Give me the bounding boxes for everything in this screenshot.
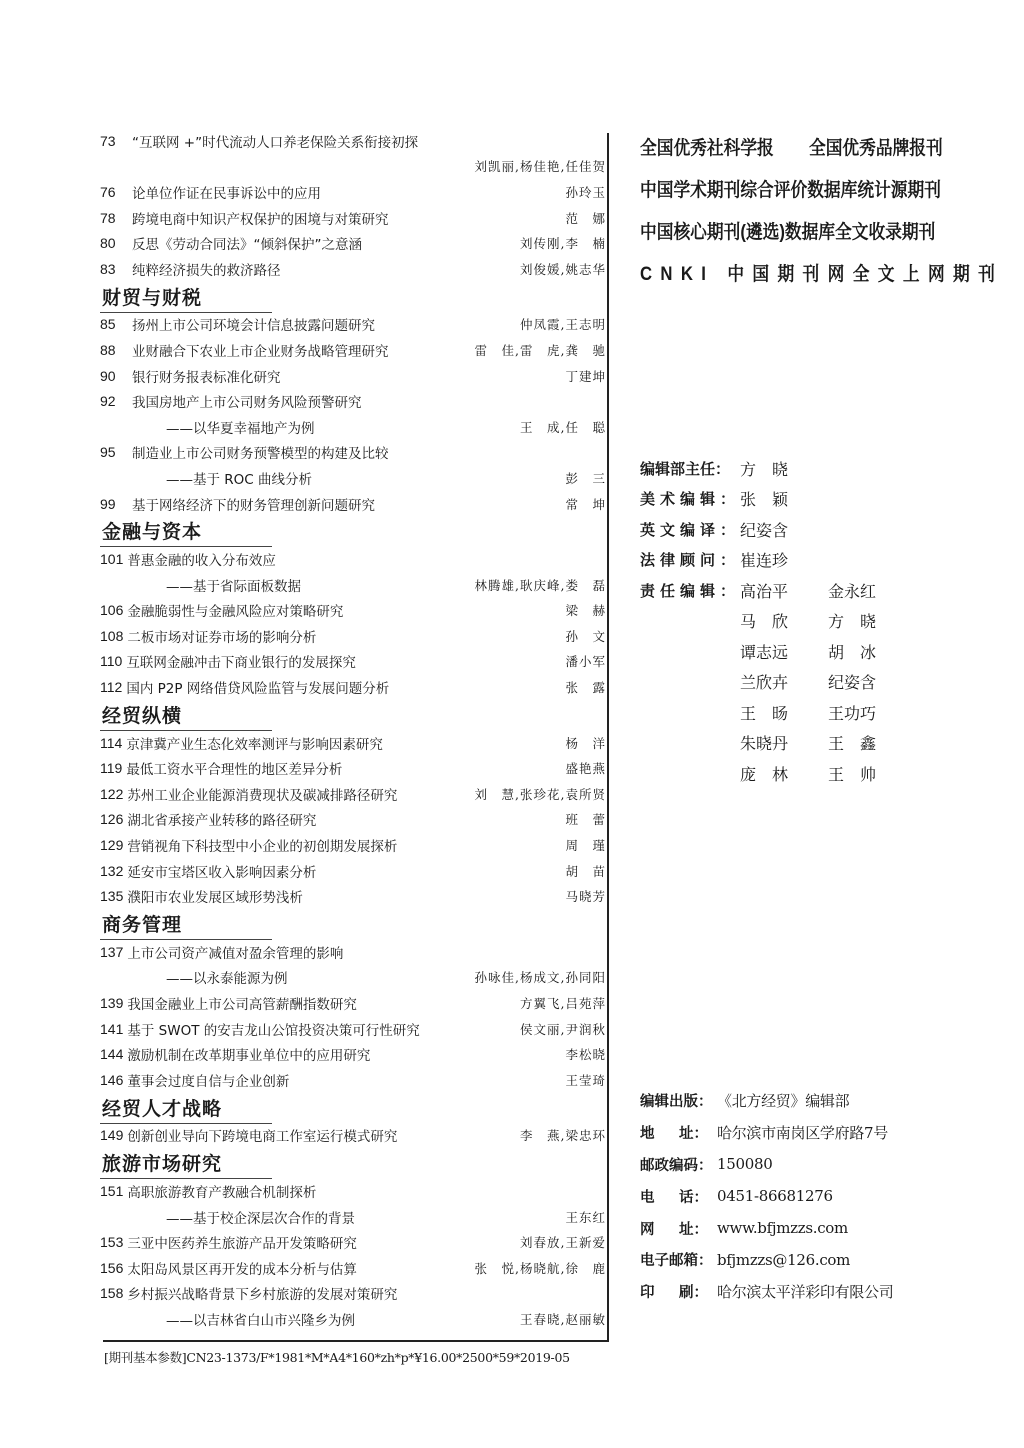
label-char: 网: [640, 1218, 655, 1239]
article-authors: 孙咏佳,杨成文,孙同阳: [475, 968, 608, 986]
publisher-value: 哈尔滨太平洋彩印有限公司: [717, 1281, 893, 1302]
toc-item[interactable]: 141基于 SWOT 的安吉龙山公馆投资决策可行性研究侯文丽,尹润秋: [100, 1016, 608, 1042]
article-title: 银行财务报表标准化研究: [132, 366, 565, 386]
toc-item[interactable]: 112国内 P2P 网络借贷风险监管与发展问题分析张 露: [100, 674, 608, 700]
staff-label: 英文编译：: [640, 519, 740, 540]
article-title: 扬州上市公司环境会计信息披露问题研究: [132, 314, 520, 334]
article-authors: 王东红: [565, 1208, 608, 1226]
page-number: 92: [100, 393, 132, 409]
staff-block: 编辑部主任： 方 晓 美术编辑： 张 颖 英文编译： 纪姿含 法律顾问： 崔连珍…: [640, 453, 896, 789]
honor-social-science: 全国优秀社科学报: [640, 132, 774, 174]
article-authors: 范 娜: [565, 209, 608, 227]
toc-item[interactable]: 129营销视角下科技型中小企业的初创期发展探析周 瑾: [100, 832, 608, 858]
page-number: 119: [100, 760, 122, 776]
article-subtitle: ——以华夏幸福地产为例: [100, 417, 520, 437]
staff-label: 编辑部主任：: [640, 458, 740, 479]
page-number: 141: [100, 1021, 123, 1037]
article-title: 跨境电商中知识产权保护的困境与对策研究: [132, 208, 565, 228]
article-title: 基于网络经济下的财务管理创新问题研究: [132, 494, 565, 514]
editor-name: 金永红: [828, 579, 896, 602]
publisher-value: www.bfjmzzs.com: [717, 1219, 848, 1237]
article-title: 最低工资水平合理性的地区差异分析: [126, 758, 565, 778]
article-title: 董事会过度自信与企业创新: [127, 1070, 565, 1090]
article-title: 湖北省承接产业转移的路径研究: [127, 809, 565, 829]
page-number: 139: [100, 995, 123, 1011]
toc-item[interactable]: 156太阳岛风景区再开发的成本分析与估算张 悦,杨晓航,徐 鹿: [100, 1255, 608, 1281]
article-title: 营销视角下科技型中小企业的初创期发展探析: [127, 835, 565, 855]
article-authors: 刘 慧,张珍花,袁所贤: [475, 785, 608, 803]
article-title: 二板市场对证券市场的影响分析: [127, 626, 565, 646]
article-authors: 杨 洋: [565, 734, 608, 752]
article-title: 太阳岛风景区再开发的成本分析与估算: [127, 1258, 474, 1278]
section-heading: 金融与资本: [100, 518, 608, 546]
editor-pair: 兰欣卉纪姿含: [740, 670, 896, 693]
page-number: 144: [100, 1046, 123, 1062]
toc-item[interactable]: 153三亚中医药养生旅游产品开发策略研究刘春放,王新爱: [100, 1229, 608, 1255]
publisher-info: 编辑出版：《北方经贸》编辑部地址：哈尔滨市南岗区学府路7号邮政编码：150080…: [640, 1085, 893, 1308]
toc-item[interactable]: 151高职旅游教育产教融合机制探析: [100, 1178, 608, 1204]
editor-name: 方 晓: [828, 609, 896, 632]
staff-editors-row: 庞 林王 帅: [640, 758, 896, 789]
publisher-label: 网址：: [640, 1218, 708, 1239]
table-of-contents: 73“互联网 +”时代流动人口养老保险关系衔接初探刘凯丽,杨佳艳,任佳贺76论单…: [100, 128, 608, 1332]
toc-item[interactable]: 146董事会过度自信与企业创新王莹琦: [100, 1067, 608, 1093]
staff-director: 编辑部主任： 方 晓: [640, 453, 896, 484]
page-number: 76: [100, 184, 132, 200]
publisher-label: 印刷：: [640, 1281, 708, 1302]
publisher-value: 《北方经贸》编辑部: [717, 1090, 849, 1111]
publisher-row: 地址：哈尔滨市南岗区学府路7号: [640, 1117, 893, 1149]
article-authors: 王春晓,赵丽敏: [520, 1310, 608, 1328]
honors-block: 全国优秀社科学报 全国优秀品牌报刊 中国学术期刊综合评价数据库统计源期刊 中国核…: [640, 132, 940, 300]
toc-item[interactable]: 144激励机制在改革期事业单位中的应用研究李松晓: [100, 1041, 608, 1067]
article-title: 濮阳市农业发展区域形势浅析: [127, 886, 565, 906]
staff-value: 张 颖: [740, 487, 788, 510]
page-number: 156: [100, 1260, 123, 1276]
journal-params: [期刊基本参数]CN23-1373/F*1981*M*A4*160*zh*p*¥…: [104, 1348, 624, 1366]
publisher-row: 网址：www.bfjmzzs.com: [640, 1212, 893, 1244]
article-title: 乡村振兴战略背景下乡村旅游的发展对策研究: [127, 1283, 608, 1303]
editor-name: 马 欣: [740, 609, 808, 632]
section-heading: 经贸纵横: [100, 702, 608, 730]
publisher-value: bfjmzzs@126.com: [717, 1251, 850, 1269]
editor-name: 王 帅: [828, 762, 896, 785]
section-heading: 财贸与财税: [100, 284, 608, 312]
article-title: 激励机制在改革期事业单位中的应用研究: [127, 1044, 565, 1064]
article-authors: 孙 文: [565, 627, 608, 645]
staff-editors-row: 谭志远胡 冰: [640, 636, 896, 667]
article-authors: 李 燕,梁忠环: [520, 1126, 608, 1144]
toc-item[interactable]: 135濮阳市农业发展区域形势浅析马晓芳: [100, 883, 608, 909]
article-title: 论单位作证在民事诉讼中的应用: [132, 182, 565, 202]
article-authors: 彭 三: [565, 469, 608, 487]
section-heading: 商务管理: [100, 911, 608, 939]
label-char: 址：: [679, 1122, 708, 1143]
page-number: 95: [100, 444, 132, 460]
article-authors: 刘凯丽,杨佳艳,任佳贺: [475, 157, 608, 175]
editor-pair: 谭志远胡 冰: [740, 640, 896, 663]
publisher-row: 电话：0451-86681276: [640, 1180, 893, 1212]
section-heading: 经贸人才战略: [100, 1095, 608, 1123]
article-title: 基于 SWOT 的安吉龙山公馆投资决策可行性研究: [127, 1019, 520, 1039]
publisher-row: 电子邮箱：bfjmzzs@126.com: [640, 1244, 893, 1276]
toc-item[interactable]: 139我国金融业上市公司高管薪酬指数研究方翼飞,吕苑萍: [100, 990, 608, 1016]
editor-name: 王 鑫: [828, 731, 896, 754]
editor-name: 庞 林: [740, 762, 808, 785]
page-number: 151: [100, 1183, 123, 1199]
editor-pair: 朱晓丹王 鑫: [740, 731, 896, 754]
article-authors: 雷 佳,雷 虎,龚 驰: [475, 341, 608, 359]
toc-item[interactable]: 122苏州工业企业能源消费现状及碳减排路径研究刘 慧,张珍花,袁所贤: [100, 781, 608, 807]
page-number: 146: [100, 1072, 123, 1088]
article-authors: 常 坤: [565, 495, 608, 513]
label-char: 地: [640, 1122, 655, 1143]
page-number: 149: [100, 1127, 123, 1143]
label-char: 刷：: [679, 1281, 708, 1302]
editor-name: 王功巧: [828, 701, 896, 724]
editor-pair: 马 欣方 晓: [740, 609, 896, 632]
editor-name: 胡 冰: [828, 640, 896, 663]
page-number: 122: [100, 786, 123, 802]
toc-item[interactable]: 158乡村振兴战略背景下乡村旅游的发展对策研究: [100, 1281, 608, 1307]
toc-item[interactable]: 149创新创业导向下跨境电商工作室运行模式研究李 燕,梁忠环: [100, 1123, 608, 1149]
page-number: 99: [100, 496, 132, 512]
publisher-row: 编辑出版：《北方经贸》编辑部: [640, 1085, 893, 1117]
article-title: 京津冀产业生态化效率测评与影响因素研究: [126, 733, 565, 753]
publisher-label: 地址：: [640, 1122, 708, 1143]
article-authors: 刘传刚,李 楠: [520, 234, 608, 252]
article-title: 互联网金融冲击下商业银行的发展探究: [126, 651, 565, 671]
publisher-label: 编辑出版：: [640, 1090, 717, 1111]
honor-line-4: CNKI 中国期刊网全文上网期刊: [640, 258, 930, 300]
article-title: 业财融合下农业上市企业财务战略管理研究: [132, 340, 475, 360]
column-divider: [607, 133, 609, 1341]
page-number: 135: [100, 888, 123, 904]
page-number: 90: [100, 368, 132, 384]
article-title: 延安市宝塔区收入影响因素分析: [127, 861, 565, 881]
page-number: 153: [100, 1234, 123, 1250]
publisher-value: 哈尔滨市南岗区学府路7号: [717, 1122, 888, 1143]
article-title: 上市公司资产减值对盈余管理的影响: [127, 942, 608, 962]
toc-item[interactable]: 108二板市场对证券市场的影响分析孙 文: [100, 623, 608, 649]
page-number: 110: [100, 653, 122, 669]
staff-value: 纪姿含: [740, 518, 788, 541]
article-title: 高职旅游教育产教融合机制探析: [127, 1181, 608, 1201]
publisher-label: 电子邮箱：: [640, 1249, 717, 1270]
article-authors: 侯文丽,尹润秋: [520, 1020, 608, 1038]
honor-line-3: 中国核心期刊(遴选)数据库全文收录期刊: [640, 216, 930, 258]
toc-item[interactable]: 88业财融合下农业上市企业财务战略管理研究雷 佳,雷 虎,龚 驰: [100, 337, 608, 363]
toc-item-authors: 刘凯丽,杨佳艳,任佳贺: [100, 154, 608, 180]
page-number: 83: [100, 261, 132, 277]
article-authors: 张 露: [565, 678, 608, 696]
label-char: 址：: [679, 1218, 708, 1239]
publisher-row: 印刷：哈尔滨太平洋彩印有限公司: [640, 1276, 893, 1308]
publisher-row: 邮政编码：150080: [640, 1149, 893, 1181]
article-title: 普惠金融的收入分布效应: [127, 549, 608, 569]
staff-label: 责任编辑：: [640, 580, 740, 601]
staff-value: 方 晓: [740, 457, 788, 480]
article-subtitle: ——基于省际面板数据: [100, 575, 475, 595]
publisher-label: 电话：: [640, 1186, 708, 1207]
toc-item-subtitle: ——以永泰能源为例孙咏佳,杨成文,孙同阳: [100, 965, 608, 991]
toc-item[interactable]: 99基于网络经济下的财务管理创新问题研究常 坤: [100, 491, 608, 517]
toc-item[interactable]: 90银行财务报表标准化研究丁建坤: [100, 363, 608, 389]
toc-item[interactable]: 95制造业上市公司财务预警模型的构建及比较: [100, 440, 608, 466]
article-authors: 梁 赫: [565, 601, 608, 619]
page-number: 112: [100, 679, 122, 695]
article-authors: 刘春放,王新爱: [520, 1233, 608, 1251]
staff-value: 崔连珍: [740, 548, 788, 571]
page-number: 80: [100, 235, 132, 251]
toc-item-subtitle: ——以华夏幸福地产为例王 成,任 聪: [100, 414, 608, 440]
article-authors: 孙玲玉: [565, 183, 608, 201]
toc-item[interactable]: 73“互联网 +”时代流动人口养老保险关系衔接初探: [100, 128, 608, 154]
toc-item[interactable]: 85扬州上市公司环境会计信息披露问题研究仲凤霞,王志明: [100, 312, 608, 338]
editor-pair: 王 旸王功巧: [740, 701, 896, 724]
article-title: 金融脆弱性与金融风险应对策略研究: [127, 600, 565, 620]
page-number: 73: [100, 133, 132, 149]
page-number: 101: [100, 551, 123, 567]
article-subtitle: ——以永泰能源为例: [100, 967, 475, 987]
article-title: 反思《劳动合同法》“倾斜保护”之意涵: [132, 233, 520, 253]
article-title: 纯粹经济损失的救济路径: [132, 259, 520, 279]
article-authors: 胡 苗: [565, 862, 608, 880]
page-number: 132: [100, 863, 123, 879]
article-authors: 仲凤霞,王志明: [520, 315, 608, 333]
editor-pair: 高治平金永红: [740, 579, 896, 602]
article-title: 苏州工业企业能源消费现状及碳减排路径研究: [127, 784, 474, 804]
article-authors: 王 成,任 聪: [520, 418, 608, 436]
toc-item[interactable]: 106金融脆弱性与金融风险应对策略研究梁 赫: [100, 598, 608, 624]
toc-item[interactable]: 114京津冀产业生态化效率测评与影响因素研究杨 洋: [100, 730, 608, 756]
toc-item-subtitle: ——基于校企深层次合作的背景王东红: [100, 1204, 608, 1230]
editor-name: 朱晓丹: [740, 731, 808, 754]
editor-name: 谭志远: [740, 640, 808, 663]
article-title: 国内 P2P 网络借贷风险监管与发展问题分析: [126, 677, 565, 697]
page-number: 129: [100, 837, 123, 853]
page-number: 137: [100, 944, 123, 960]
toc-item-subtitle: ——基于省际面板数据林腾雄,耿庆峰,娄 磊: [100, 572, 608, 598]
page-number: 126: [100, 811, 123, 827]
staff-english: 英文编译： 纪姿含: [640, 514, 896, 545]
editor-pair: 庞 林王 帅: [740, 762, 896, 785]
staff-editors-row: 马 欣方 晓: [640, 606, 896, 637]
toc-item[interactable]: 92我国房地产上市公司财务风险预警研究: [100, 388, 608, 414]
article-title: 三亚中医药养生旅游产品开发策略研究: [127, 1232, 520, 1252]
toc-item-subtitle: ——基于 ROC 曲线分析彭 三: [100, 465, 608, 491]
toc-item[interactable]: 132延安市宝塔区收入影响因素分析胡 苗: [100, 858, 608, 884]
page-number: 114: [100, 735, 122, 751]
honor-brand-journal: 全国优秀品牌报刊: [809, 132, 943, 174]
article-title: 我国房地产上市公司财务风险预警研究: [132, 391, 608, 411]
article-subtitle: ——基于校企深层次合作的背景: [100, 1207, 565, 1227]
editor-name: 高治平: [740, 579, 808, 602]
staff-editors-row: 王 旸王功巧: [640, 697, 896, 728]
toc-item[interactable]: 80反思《劳动合同法》“倾斜保护”之意涵刘传刚,李 楠: [100, 230, 608, 256]
label-char: 话：: [679, 1186, 708, 1207]
article-authors: 丁建坤: [565, 367, 608, 385]
toc-item[interactable]: 83纯粹经济损失的救济路径刘俊媛,姚志华: [100, 256, 608, 282]
toc-item[interactable]: 126湖北省承接产业转移的路径研究班 蕾: [100, 807, 608, 833]
article-authors: 马晓芳: [565, 887, 608, 905]
staff-editors-row: 朱晓丹王 鑫: [640, 728, 896, 759]
toc-item-subtitle: ——以吉林省白山市兴隆乡为例王春晓,赵丽敏: [100, 1306, 608, 1332]
honor-line-2: 中国学术期刊综合评价数据库统计源期刊: [640, 174, 930, 216]
article-authors: 张 悦,杨晓航,徐 鹿: [475, 1259, 608, 1277]
page-number: 108: [100, 628, 123, 644]
bottom-rule: [103, 1340, 609, 1342]
label-char: 印: [640, 1281, 655, 1302]
editor-name: 王 旸: [740, 701, 808, 724]
article-authors: 周 瑾: [565, 836, 608, 854]
article-authors: 李松晓: [565, 1045, 608, 1063]
label-char: 电: [640, 1186, 655, 1207]
article-authors: 林腾雄,耿庆峰,娄 磊: [475, 576, 608, 594]
article-subtitle: ——基于 ROC 曲线分析: [100, 468, 565, 488]
page-number: 158: [100, 1285, 123, 1301]
article-title: 创新创业导向下跨境电商工作室运行模式研究: [127, 1125, 520, 1145]
page-number: 78: [100, 210, 132, 226]
publisher-label: 邮政编码：: [640, 1154, 717, 1175]
page-number: 88: [100, 342, 132, 358]
staff-art: 美术编辑： 张 颖: [640, 484, 896, 515]
article-authors: 潘小军: [565, 652, 608, 670]
staff-editors-row: 兰欣卉纪姿含: [640, 667, 896, 698]
staff-label: 法律顾问：: [640, 549, 740, 570]
toc-item[interactable]: 78跨境电商中知识产权保护的困境与对策研究范 娜: [100, 205, 608, 231]
article-title: 制造业上市公司财务预警模型的构建及比较: [132, 442, 608, 462]
page-number: 106: [100, 602, 123, 618]
staff-label: 美术编辑：: [640, 488, 740, 509]
article-title: 我国金融业上市公司高管薪酬指数研究: [127, 993, 520, 1013]
toc-item[interactable]: 119最低工资水平合理性的地区差异分析盛艳燕: [100, 755, 608, 781]
publisher-value: 0451-86681276: [717, 1187, 833, 1205]
article-authors: 王莹琦: [565, 1071, 608, 1089]
article-authors: 盛艳燕: [565, 759, 608, 777]
honor-line-1: 全国优秀社科学报 全国优秀品牌报刊: [640, 132, 930, 174]
article-title: “互联网 +”时代流动人口养老保险关系衔接初探: [132, 131, 608, 151]
page-number: 85: [100, 316, 132, 332]
article-authors: 刘俊媛,姚志华: [520, 260, 608, 278]
section-heading: 旅游市场研究: [100, 1150, 608, 1178]
article-authors: 方翼飞,吕苑萍: [520, 994, 608, 1012]
article-authors: 班 蕾: [565, 810, 608, 828]
editor-name: 纪姿含: [828, 670, 896, 693]
toc-item[interactable]: 110互联网金融冲击下商业银行的发展探究潘小军: [100, 649, 608, 675]
publisher-value: 150080: [717, 1155, 772, 1173]
toc-item[interactable]: 137上市公司资产减值对盈余管理的影响: [100, 939, 608, 965]
staff-editors-row: 责任编辑：高治平金永红: [640, 575, 896, 606]
staff-legal: 法律顾问： 崔连珍: [640, 545, 896, 576]
editor-name: 兰欣卉: [740, 670, 808, 693]
article-subtitle: ——以吉林省白山市兴隆乡为例: [100, 1309, 520, 1329]
toc-item[interactable]: 101普惠金融的收入分布效应: [100, 546, 608, 572]
toc-item[interactable]: 76论单位作证在民事诉讼中的应用孙玲玉: [100, 179, 608, 205]
